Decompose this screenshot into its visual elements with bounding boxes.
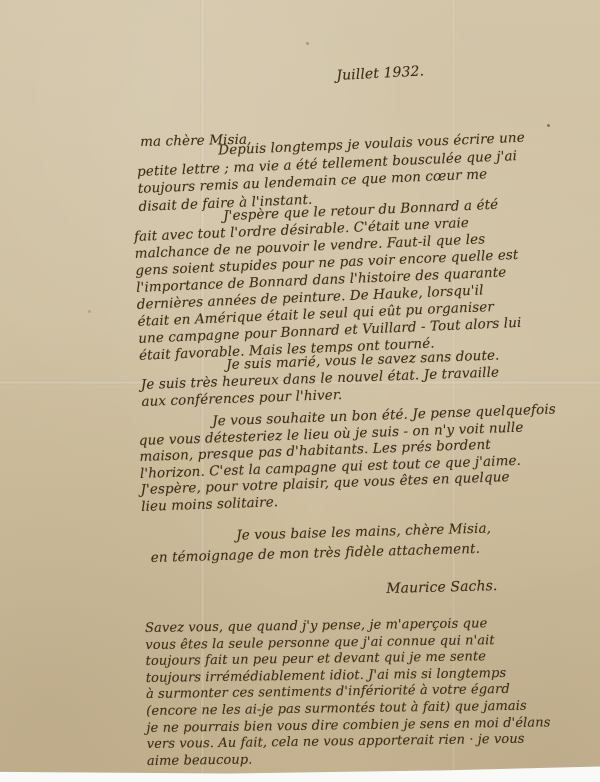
letter-postscript: Savez vous, que quand j'y pense, je m'ap… [145,615,551,770]
paper-speck [88,310,91,313]
paragraph-2: J'espère que le retour du Bonnard a été … [133,196,522,365]
paragraph-4: Je vous souhaite un bon été. Je pense qu… [138,401,559,515]
paper-speck [547,124,550,127]
paper-speck [306,42,309,45]
letter-signature: Maurice Sachs. [386,578,498,597]
